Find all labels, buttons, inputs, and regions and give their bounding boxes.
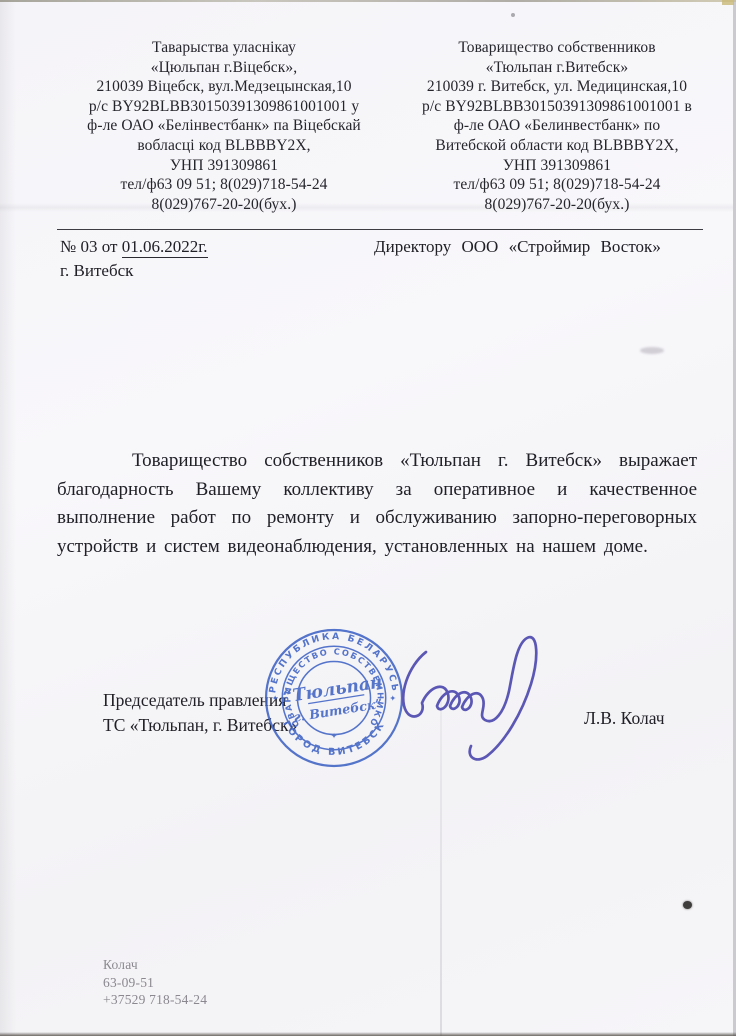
sender-line: Витебской области код BLBBBY2X, — [396, 136, 718, 156]
stamp-star-bottom-icon: ✦ — [331, 731, 338, 741]
scan-edge-top — [0, 0, 736, 2]
scanned-letter-page: Таварыства уласнікау «Цюльпан г.Віцебск»… — [0, 0, 736, 1036]
sender-line: тел/ф63 09 51; 8(029)718-54-24 — [396, 175, 718, 195]
stamp-star-left-icon: ✦ — [272, 693, 279, 703]
sender-block-russian: Товарищество собственников «Тюльпан г.Ви… — [396, 38, 718, 214]
scan-corner-speck — [722, 0, 734, 5]
reference-number: № 03 от 01.06.2022г. — [60, 237, 208, 257]
recipient-line: Директору ООО «Строймир Восток» — [374, 237, 704, 257]
footer-contact: Колач 63-09-51 +37529 718-54-24 — [103, 956, 207, 1009]
sender-line: ф-ле ОАО «Белінвестбанк» па Віцебскай — [58, 116, 390, 136]
sender-line: УНП 391309861 — [58, 156, 390, 176]
handwritten-signature — [392, 614, 568, 778]
scan-crease-vertical — [440, 690, 442, 1036]
scan-crease-horizontal — [0, 203, 736, 212]
signoff-name: Л.В. Колач — [584, 708, 665, 729]
footer-line: 63-09-51 — [103, 974, 207, 992]
sender-line: Таварыства уласнікау — [58, 38, 390, 58]
letter-body: Товарищество собственников «Тюльпан г. В… — [57, 447, 697, 561]
reference-date: 01.06.2022г. — [122, 237, 208, 258]
signature-stroke — [403, 637, 536, 759]
sender-line: «Цюльпан г.Віцебск», — [58, 58, 390, 78]
footer-line: Колач — [103, 956, 207, 974]
sender-line: Товарищество собственников — [396, 38, 718, 58]
scan-smudge — [640, 347, 664, 354]
scan-edge-bottom — [0, 1032, 736, 1036]
scan-dot-speck — [511, 13, 515, 17]
round-stamp: РЕСПУБЛИКА БЕЛАРУСЬ ГОРОД ВИТЕБСК ТОВАРИ… — [263, 627, 405, 769]
sender-line: УНП 391309861 — [396, 156, 718, 176]
sender-line: вобласці код BLBBBY2X, — [58, 136, 390, 156]
sender-line: р/с BY92BLBB30150391309861001001 в — [396, 97, 718, 117]
footer-line: +37529 718-54-24 — [103, 991, 207, 1009]
sender-line: 210039 г. Витебск, ул. Медицинская,10 — [396, 77, 718, 97]
sender-line: 210039 Віцебск, вул.Медзецынская,10 — [58, 77, 390, 97]
sender-line: «Тюльпан г.Витебск» — [396, 58, 718, 78]
scan-edge-left — [0, 0, 16, 1036]
sender-line: р/с BY92BLBB30150391309861001001 у — [58, 97, 390, 117]
sender-line: тел/ф63 09 51; 8(029)718-54-24 — [58, 175, 390, 195]
header-divider — [57, 229, 703, 230]
city-line: г. Витебск — [60, 261, 133, 281]
ink-speck — [683, 901, 692, 909]
reference-number-prefix: № 03 от — [60, 237, 122, 256]
sender-block-belarusian: Таварыства уласнікау «Цюльпан г.Віцебск»… — [58, 38, 390, 214]
sender-line: ф-ле ОАО «Белинвестбанк» по — [396, 116, 718, 136]
